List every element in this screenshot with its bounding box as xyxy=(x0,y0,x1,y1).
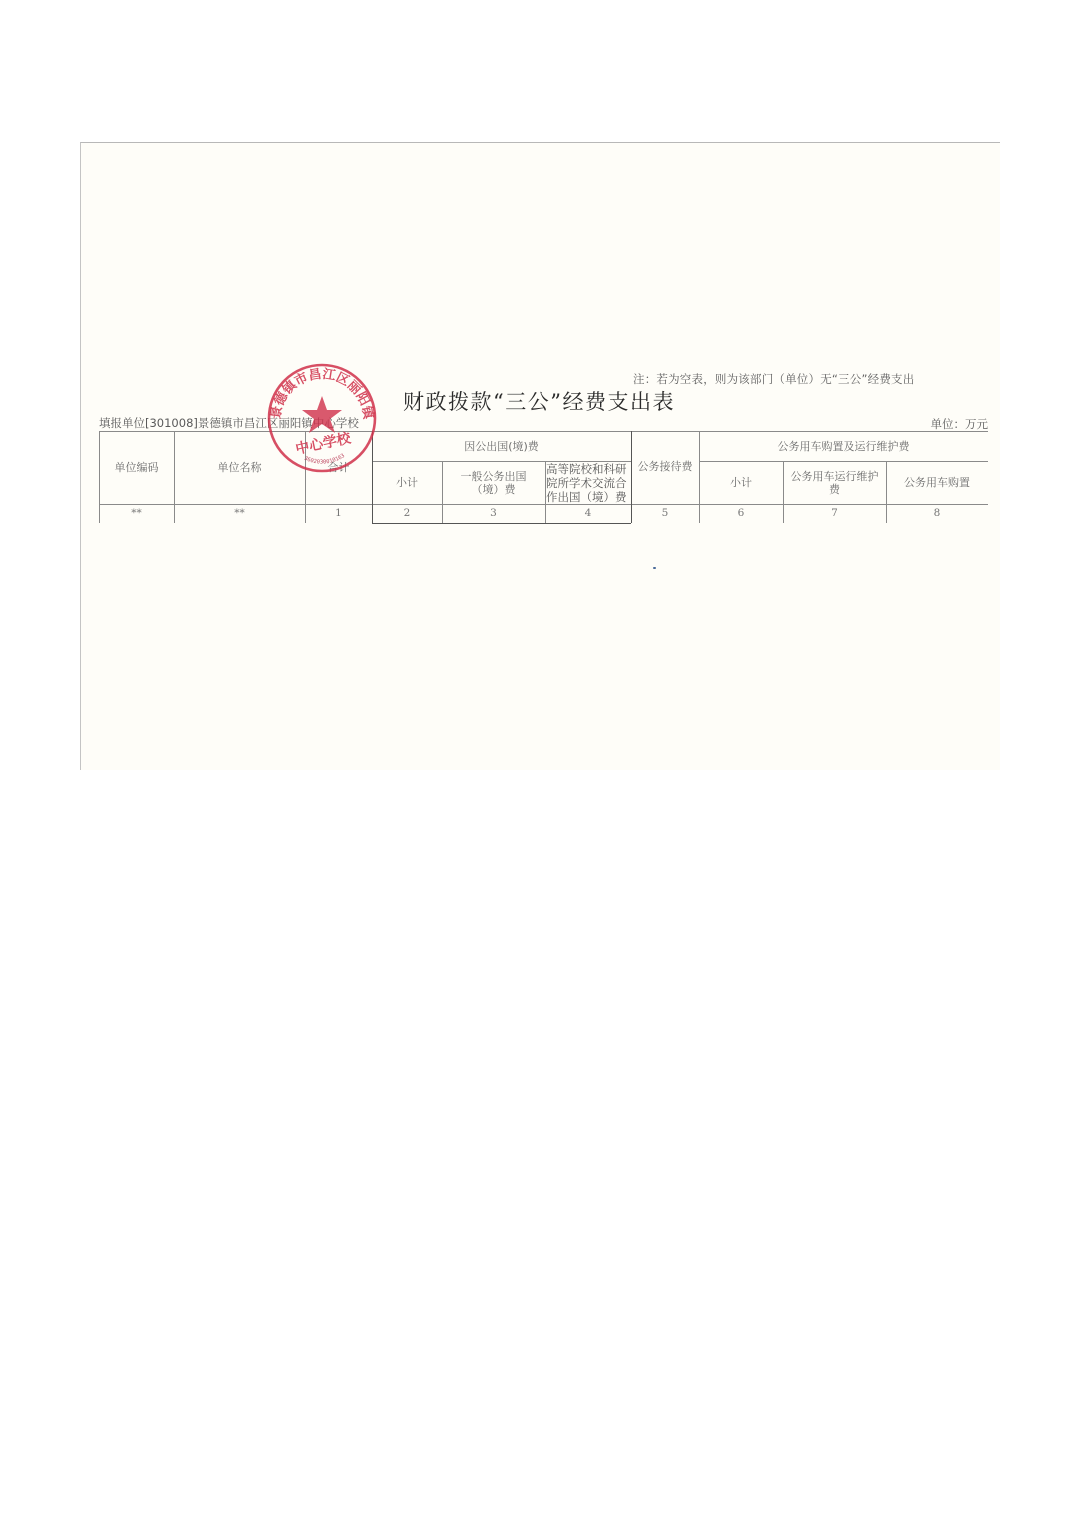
cell-unit-code: ** xyxy=(99,504,174,523)
header-vehicle-subtotal: 小计 xyxy=(699,461,783,504)
cell-abroad-general: 3 xyxy=(442,504,545,523)
header-vehicle-operation: 公务用车运行维护费 xyxy=(783,461,886,504)
header-reception: 公务接待费 xyxy=(631,431,699,504)
header-unit-name: 单位名称 xyxy=(174,431,305,504)
header-abroad-general: 一般公务出国（境）费 xyxy=(442,461,545,504)
scan-speck xyxy=(653,567,656,569)
header-total: 合计 xyxy=(305,431,372,504)
document-title: 财政拨款“三公”经费支出表 xyxy=(403,386,675,416)
header-abroad-subtotal: 小计 xyxy=(372,461,442,504)
cell-abroad-subtotal: 2 xyxy=(372,504,442,523)
header-vehicle-group: 公务用车购置及运行维护费 xyxy=(699,431,988,461)
cell-abroad-academic: 4 xyxy=(545,504,631,523)
cell-vehicle-operation: 7 xyxy=(783,504,886,523)
header-vehicle-purchase: 公务用车购置 xyxy=(886,461,988,504)
header-unit-code: 单位编码 xyxy=(99,431,174,504)
cell-vehicle-purchase: 8 xyxy=(886,504,988,523)
filling-unit: 填报单位[301008]景德镇市昌江区丽阳镇中心学校 xyxy=(99,415,359,431)
unit-label: 单位：万元 xyxy=(931,416,989,432)
cell-vehicle-subtotal: 6 xyxy=(699,504,783,523)
cell-reception: 5 xyxy=(631,504,699,523)
empty-table-note: 注：若为空表，则为该部门（单位）无“三公”经费支出 xyxy=(633,371,914,387)
header-abroad-group: 因公出国(境)费 xyxy=(372,431,631,461)
cell-unit-name: ** xyxy=(174,504,305,523)
header-abroad-academic: 高等院校和科研院所学术交流合作出国（境）费 xyxy=(545,461,631,504)
cell-total: 1 xyxy=(305,504,372,523)
